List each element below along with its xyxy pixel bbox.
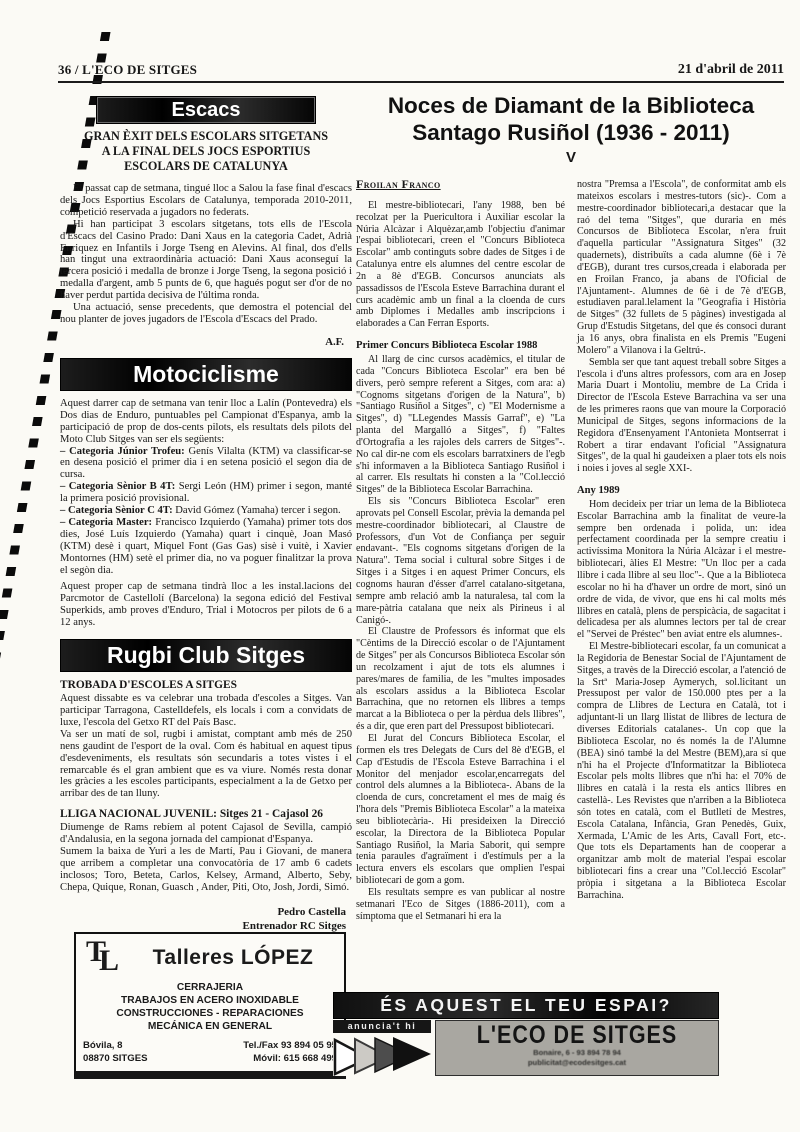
eco-brand-name: L'ECO DE SITGES — [436, 1021, 718, 1050]
paragraph: Va ser un matí de sol, rugbi i amistat, … — [60, 729, 352, 800]
phone-fax: Tel./Fax 93 894 05 95 — [243, 1040, 337, 1053]
ad-talleres-lopez: T L Talleres LÓPEZ CERRAJERIA TRABAJOS E… — [74, 932, 346, 1079]
paragraph: Aquest darrer cap de setmana van tenir l… — [60, 398, 352, 446]
service-line: CONSTRUCCIONES - REPARACIONES — [76, 1007, 344, 1020]
eco-contact-email: publicitat@ecodesitges.cat — [436, 1058, 718, 1068]
paragraph: Sumem la baixa de Yuri a les de Martí, P… — [60, 846, 352, 894]
address-city: 08870 SITGES — [83, 1053, 148, 1066]
article-columns: Froilan Franco El mestre-bibliotecari, l… — [356, 179, 786, 922]
eco-ad-headline: ÉS AQUEST EL TEU ESPAI? — [333, 992, 719, 1019]
article-subhead-1988: Primer Concurs Biblioteca Escolar 1988 — [356, 340, 565, 352]
paragraph: nostra "Premsa a l'Escola", de conformit… — [577, 179, 786, 357]
article-subhead-any-1989: Any 1989 — [577, 485, 786, 497]
paragraph: El mestre-bibliotecari, l'any 1988, ben … — [356, 200, 565, 330]
section-title: Motociclisme — [133, 361, 279, 387]
article-byline: Froilan Franco — [356, 179, 565, 191]
paragraph: Sembla ser que tant aquest treball sobre… — [577, 357, 786, 475]
result-item: – Categoria Sènior B 4T: Sergi León (HM)… — [60, 481, 352, 505]
section-title: Escacs — [172, 99, 241, 121]
result-item: – Categoria Sènior C 4T: David Gómez (Ya… — [60, 505, 352, 517]
section-header-escacs: Escacs — [96, 96, 316, 124]
subheadline-line: A LA FINAL DELS JOCS ESPORTIUS — [64, 144, 348, 159]
eco-ad-subline: anuncia't hi — [333, 1020, 431, 1033]
escacs-subheadline: GRAN ÈXIT DELS ESCOLARS SITGETANS A LA F… — [64, 129, 348, 174]
signature-role: Entrenador RC Sitges — [60, 919, 346, 933]
paragraph: Una actuació, sense precedents, que demo… — [60, 302, 352, 326]
talleres-address: Bóvila, 8 08870 SITGES — [83, 1040, 148, 1065]
paragraph: El Claustre de Professors és informat qu… — [356, 626, 565, 733]
logo-letter-l: L — [99, 946, 119, 976]
signature-name: Pedro Castella — [60, 905, 346, 919]
paragraph: Diumenge de Rams rebíem al potent Cajaso… — [60, 822, 352, 846]
article-part-number: V — [356, 149, 786, 166]
rugbi-heading-trobada: TROBADA D'ESCOLES A SITGES — [60, 679, 352, 692]
paragraph: El Mestre-bibliotecari escolar, fa un co… — [577, 641, 786, 902]
article-column-2: nostra "Premsa a l'Escola", de conformit… — [577, 179, 786, 922]
paragraph: Hi han participat 3 escolars sitgetans, … — [60, 219, 352, 302]
paragraph: Aquest dissabte es va celebrar una troba… — [60, 693, 352, 729]
category-label: – Categoria Master: — [60, 517, 152, 528]
right-arrows-icon — [333, 1036, 433, 1076]
rugbi-signature: Pedro Castella Entrenador RC Sitges — [60, 905, 346, 933]
main-article: Noces de Diamant de la Biblioteca Santag… — [356, 92, 786, 922]
article-column-1: Froilan Franco El mestre-bibliotecari, l… — [356, 179, 565, 922]
result-item: – Categoria Júnior Trofeu: Genís Vilalta… — [60, 446, 352, 482]
paragraph: El passat cap de setmana, tingué lloc a … — [60, 183, 352, 219]
section-header-motociclisme: Motociclisme — [60, 358, 352, 391]
service-line: MECÁNICA EN GENERAL — [76, 1020, 344, 1033]
address-street: Bóvila, 8 — [83, 1040, 148, 1053]
talleres-name: Talleres LÓPEZ — [130, 946, 336, 970]
rugbi-heading-lliga: LLIGA NACIONAL JUVENIL: Sitges 21 - Caja… — [60, 808, 352, 821]
talleres-tl-logo: T L — [84, 939, 130, 977]
talleres-contact: Bóvila, 8 08870 SITGES Tel./Fax 93 894 0… — [76, 1033, 344, 1071]
subheadline-line: GRAN ÈXIT DELS ESCOLARS SITGETANS — [64, 129, 348, 144]
article-title-line1: Noces de Diamant de la Biblioteca — [356, 92, 786, 119]
talleres-phones: Tel./Fax 93 894 05 95 Móvil: 615 668 499 — [243, 1040, 337, 1065]
paragraph: Els sis "Concurs Biblioteca Escolar" ere… — [356, 496, 565, 626]
article-title: Noces de Diamant de la Biblioteca Santag… — [356, 92, 786, 146]
paragraph: Al llarg de cinc cursos acadèmics, el ti… — [356, 354, 565, 496]
eco-ad-brandbox: L'ECO DE SITGES Bonaire, 6 - 93 894 78 9… — [435, 1020, 719, 1076]
category-label: – Categoria Júnior Trofeu: — [60, 446, 185, 457]
category-label: – Categoria Sènior B 4T: — [60, 481, 175, 492]
result-item: – Categoria Master: Francisco Izquierdo … — [60, 517, 352, 577]
author-initials: A.F. — [60, 336, 344, 348]
page-header: 36 / L'ECO DE SITGES 21 d'abril de 2011 — [58, 62, 784, 83]
service-line: TRABAJOS EN ACERO INOXIDABLE — [76, 994, 344, 1007]
section-title: Rugbi Club Sitges — [107, 642, 305, 668]
issue-date: 21 d'abril de 2011 — [678, 62, 784, 78]
talleres-services: CERRAJERIA TRABAJOS EN ACERO INOXIDABLE … — [76, 981, 344, 1033]
subheadline-line: ESCOLARS DE CATALUNYA — [64, 159, 348, 174]
service-line: CERRAJERIA — [76, 981, 344, 994]
eco-ad-left: anuncia't hi — [333, 1020, 435, 1076]
category-label: – Categoria Sènior C 4T: — [60, 505, 173, 516]
section-header-rugbi: Rugbi Club Sitges — [60, 639, 352, 672]
phone-mobile: Móvil: 615 668 499 — [243, 1053, 337, 1066]
paragraph: El Jurat del Concurs Biblioteca Escolar,… — [356, 733, 565, 887]
paragraph: Els resultats sempre es van publicar al … — [356, 887, 565, 923]
page-number-masthead: 36 / L'ECO DE SITGES — [58, 62, 197, 78]
paragraph: Aquest proper cap de setmana tindrà lloc… — [60, 581, 352, 629]
paragraph: Hom decideix per triar un lema de la Bib… — [577, 499, 786, 641]
eco-contact-lines: Bonaire, 6 - 93 894 78 94 publicitat@eco… — [436, 1048, 718, 1067]
eco-contact-address: Bonaire, 6 - 93 894 78 94 — [436, 1048, 718, 1058]
category-result: David Gómez (Yamaha) tercer i segon. — [175, 505, 340, 516]
ad-eco-de-sitges: ÉS AQUEST EL TEU ESPAI? anuncia't hi L'E… — [333, 992, 719, 1076]
left-column: Escacs GRAN ÈXIT DELS ESCOLARS SITGETANS… — [60, 96, 352, 933]
article-title-line2: Santago Rusiñol (1936 - 2011) — [356, 119, 786, 146]
newspaper-page: 36 / L'ECO DE SITGES 21 d'abril de 2011 … — [0, 0, 800, 1132]
eco-ad-body: anuncia't hi L'ECO DE SITGES Bonaire, 6 … — [333, 1020, 719, 1076]
talleres-header: T L Talleres LÓPEZ — [76, 934, 344, 977]
